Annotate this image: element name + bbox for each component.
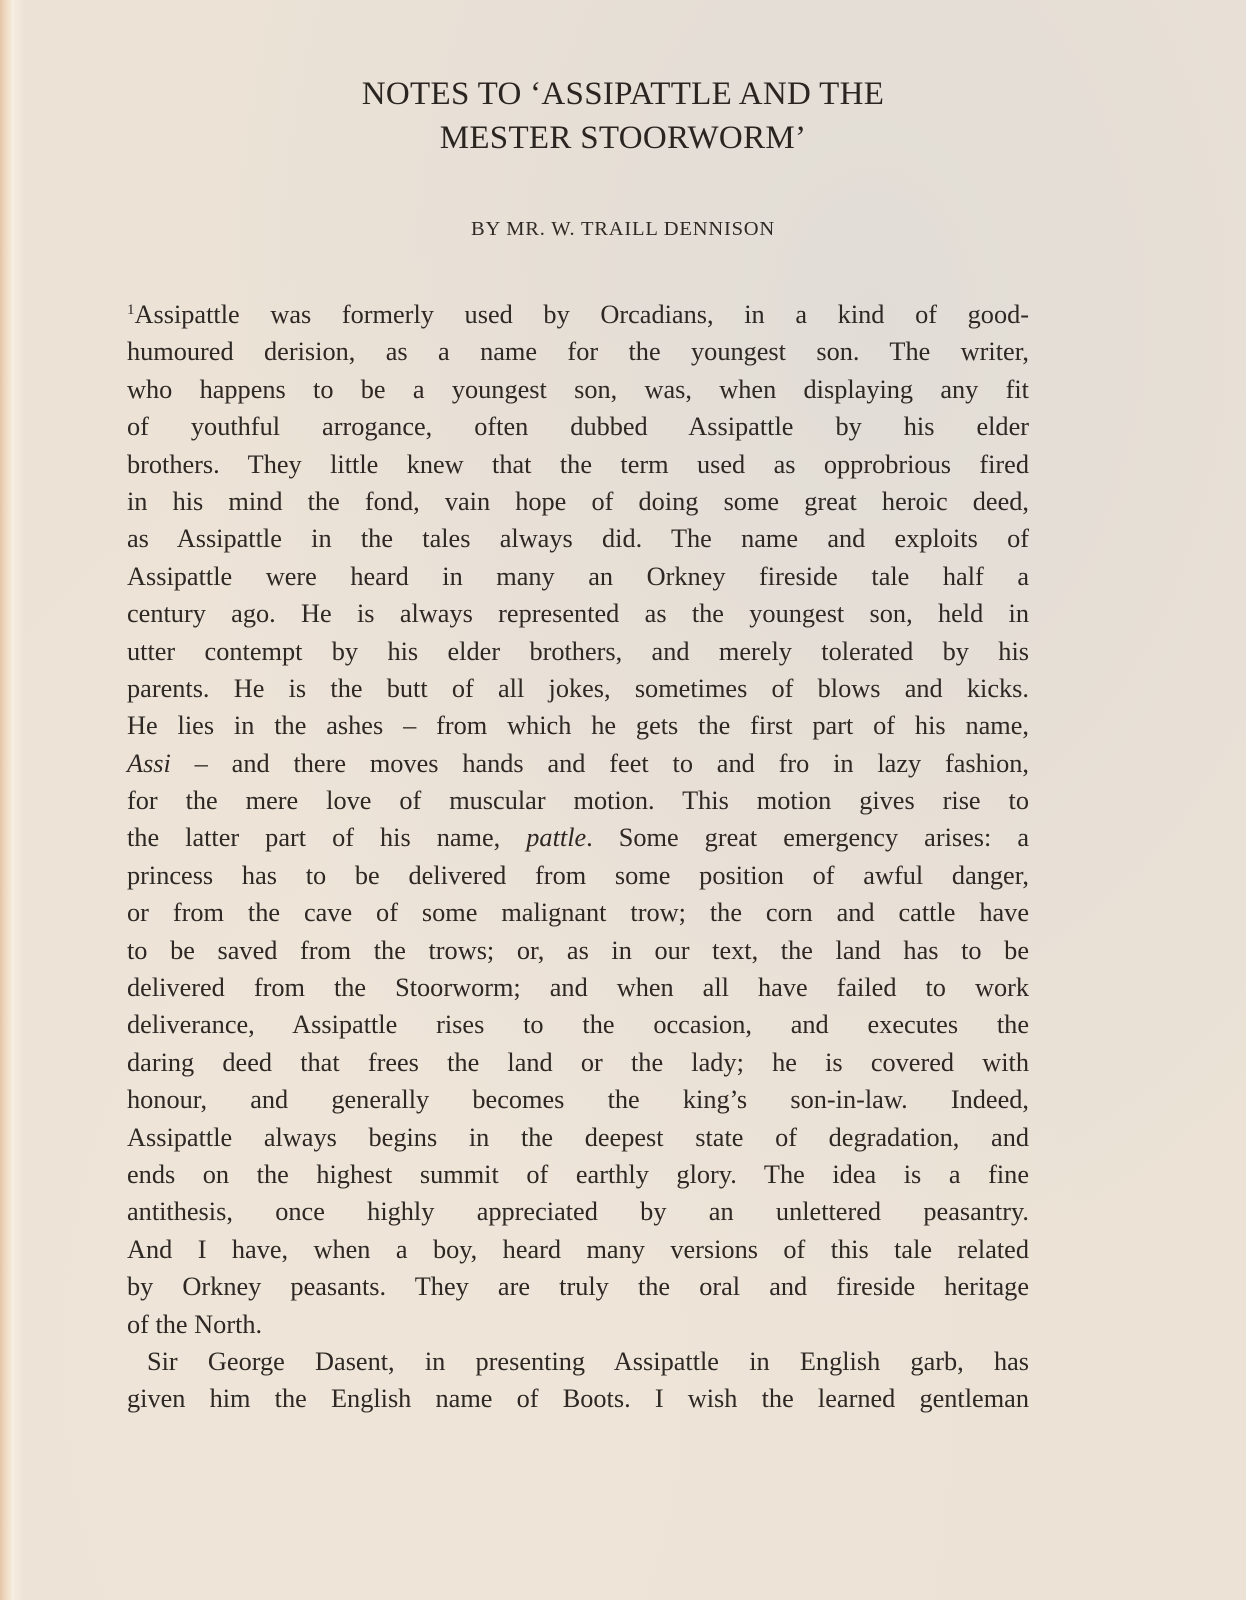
text-line: given him the English name of Boots. I w… (127, 1380, 1029, 1417)
page-title-line-2: MESTER STOORWORM’ (0, 116, 1246, 160)
body-text: 1Assipattle was formerly used by Orcadia… (127, 296, 1029, 1418)
text-line: utter contempt by his elder brothers, an… (127, 633, 1029, 670)
text-segment: Assipattle was formerly used by Orcadian… (135, 300, 1030, 329)
text-line: And I have, when a boy, heard many versi… (127, 1231, 1029, 1268)
page-title-line-1: NOTES TO ‘ASSIPATTLE AND THE (0, 72, 1246, 116)
text-segment: the latter part of his name, (127, 823, 500, 852)
text-line: parents. He is the butt of all jokes, so… (127, 670, 1029, 707)
text-line: Sir George Dasent, in presenting Assipat… (127, 1343, 1029, 1380)
text-line: humoured derision, as a name for the you… (127, 333, 1029, 370)
text-line: as Assipattle in the tales always did. T… (127, 520, 1029, 557)
book-page: NOTES TO ‘ASSIPATTLE AND THE MESTER STOO… (0, 0, 1246, 1600)
text-line: or from the cave of some malignant trow;… (127, 894, 1029, 931)
text-line: daring deed that frees the land or the l… (127, 1044, 1029, 1081)
text-line: honour, and generally becomes the king’s… (127, 1081, 1029, 1118)
text-line: of youthful arrogance, often dubbed Assi… (127, 408, 1029, 445)
text-line: by Orkney peasants. They are truly the o… (127, 1268, 1029, 1305)
text-line: of the North. (127, 1306, 1029, 1343)
text-segment: – and there moves hands and feet to and … (195, 749, 1029, 778)
text-line: for the mere love of muscular motion. Th… (127, 782, 1029, 819)
text-line: princess has to be delivered from some p… (127, 857, 1029, 894)
text-line: delivered from the Stoorworm; and when a… (127, 969, 1029, 1006)
text-line: Assipattle always begins in the deepest … (127, 1119, 1029, 1156)
text-line: in his mind the fond, vain hope of doing… (127, 483, 1029, 520)
text-line: 1Assipattle was formerly used by Orcadia… (127, 296, 1029, 333)
text-line: Assipattle were heard in many an Orkney … (127, 558, 1029, 595)
text-line: antithesis, once highly appreciated by a… (127, 1193, 1029, 1230)
text-segment: . Some great emergency arises: a (586, 823, 1029, 852)
text-line: deliverance, Assipattle rises to the occ… (127, 1006, 1029, 1043)
text-line: who happens to be a youngest son, was, w… (127, 371, 1029, 408)
text-line: Assi – and there moves hands and feet to… (127, 745, 1029, 782)
italic-term-pattle: pattle (526, 823, 586, 852)
text-line: the latter part of his name, pattle. Som… (127, 819, 1029, 856)
italic-term-assi: Assi (127, 749, 171, 778)
footnote-marker: 1 (127, 302, 135, 318)
text-line: brothers. They little knew that the term… (127, 446, 1029, 483)
text-line: to be saved from the trows; or, as in ou… (127, 932, 1029, 969)
text-line: He lies in the ashes – from which he get… (127, 707, 1029, 744)
text-line: century ago. He is always represented as… (127, 595, 1029, 632)
author-byline: BY MR. W. TRAILL DENNISON (0, 218, 1246, 241)
text-line: ends on the highest summit of earthly gl… (127, 1156, 1029, 1193)
